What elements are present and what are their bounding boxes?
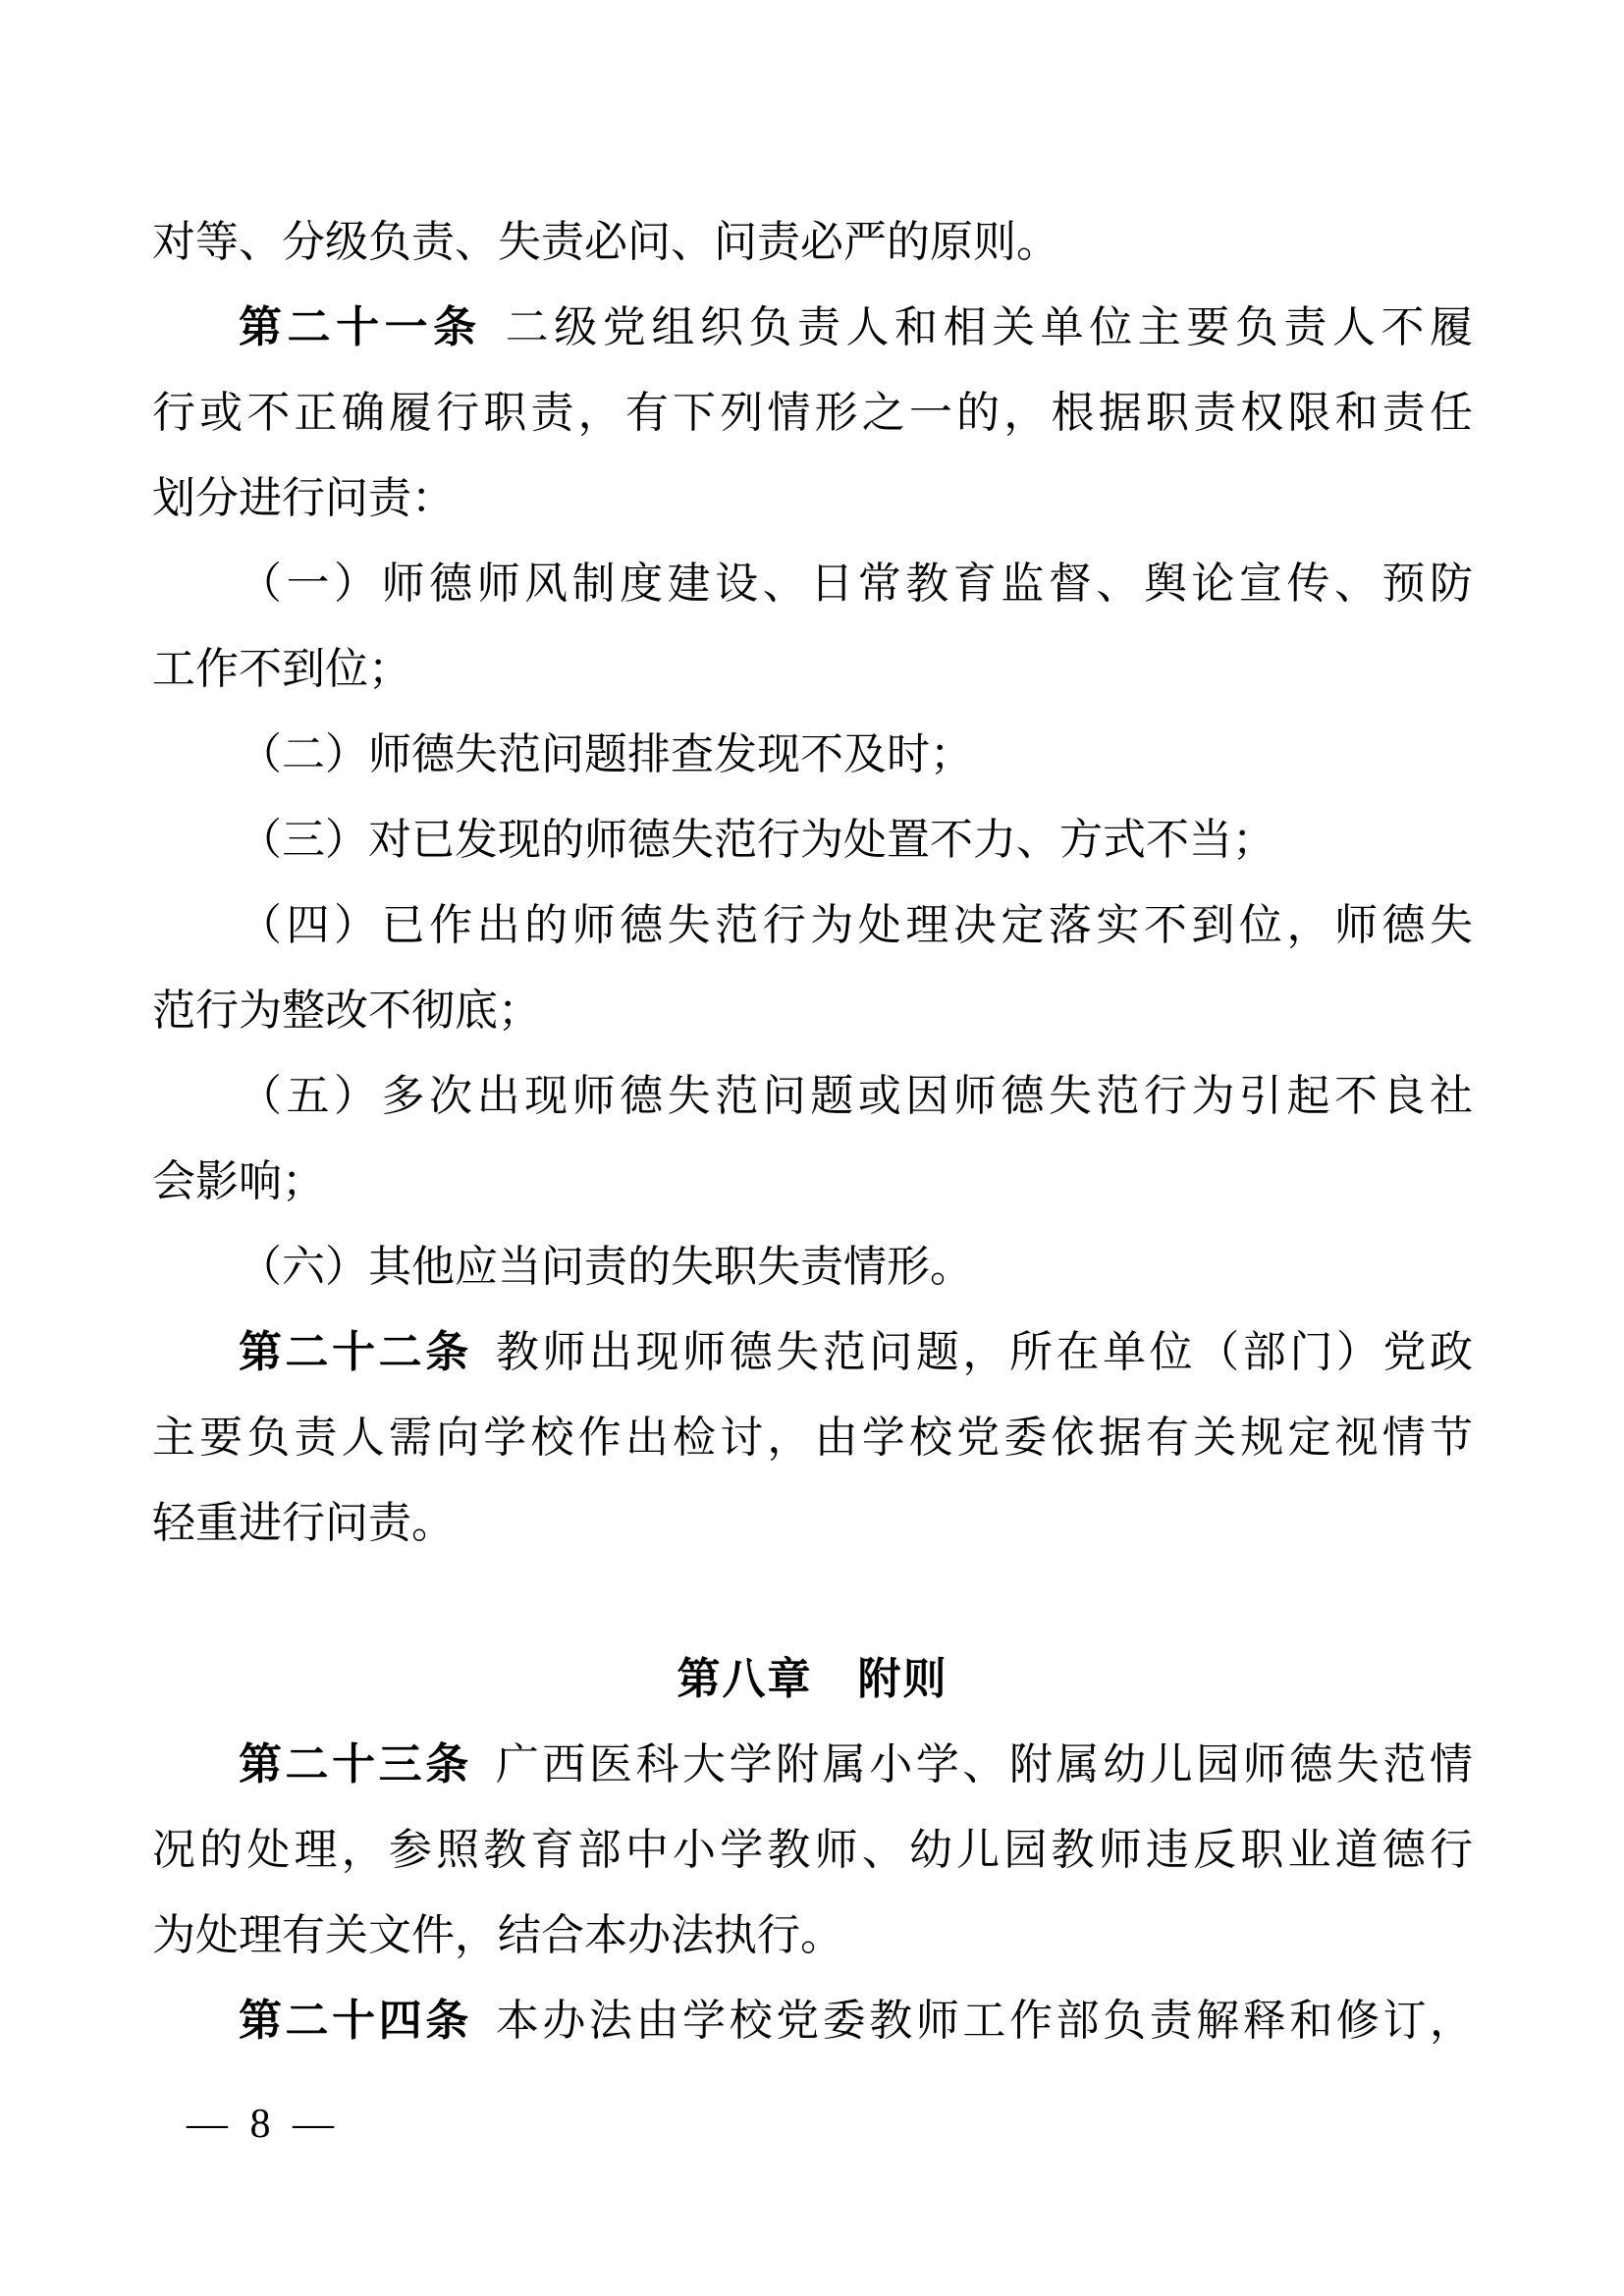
paragraph-line: 会影响； <box>152 1139 1473 1224</box>
paragraph-line: 第二十三条广西医科大学附属小学、附属幼儿园师德失范情 <box>152 1722 1473 1807</box>
paragraph-line: 为处理有关文件，结合本办法执行。 <box>152 1893 1473 1978</box>
paragraph-line: 行或不正确履行职责，有下列情形之一的，根据职责权限和责任 <box>152 370 1473 455</box>
paragraph-line: 轻重进行问责。 <box>152 1480 1473 1566</box>
line-text: 范行为整改不彻底； <box>152 987 541 1035</box>
document-body: 对等、分级负责、失责必问、问责必严的原则。 第二十一条二级党组织负责人和相关单位… <box>152 199 1473 2063</box>
line-text: 工作不到位； <box>152 645 411 693</box>
paragraph-line: 范行为整改不彻底； <box>152 968 1473 1053</box>
article-number: 第二十二条 <box>239 1328 472 1376</box>
list-item-line: （三）对已发现的师德失范行为处置不力、方式不当； <box>152 797 1473 882</box>
line-text: 二级党组织负责人和相关单位主要负责人不履 <box>506 303 1473 351</box>
article-number: 第二十四条 <box>239 1997 472 2045</box>
page-number: — 8 — <box>187 2101 340 2148</box>
line-text: 本办法由学校党委教师工作部负责解释和修订， <box>496 1997 1473 2045</box>
paragraph-line: 况的处理，参照教育部中小学教师、幼儿园教师违反职业道德行 <box>152 1807 1473 1893</box>
article-number: 第二十一条 <box>239 303 482 351</box>
line-text: （四）已作出的师德失范行为处理决定落实不到位，师德失 <box>239 901 1473 949</box>
list-item-line: （一）师德师风制度建设、日常教育监督、舆论宣传、预防 <box>152 541 1473 626</box>
document-page: 对等、分级负责、失责必问、问责必严的原则。 第二十一条二级党组织负责人和相关单位… <box>0 0 1624 2296</box>
paragraph-line: 第二十一条二级党组织负责人和相关单位主要负责人不履 <box>152 285 1473 370</box>
list-item-line: （四）已作出的师德失范行为处理决定落实不到位，师德失 <box>152 882 1473 968</box>
list-item-line: （五）多次出现师德失范问题或因师德失范行为引起不良社 <box>152 1053 1473 1139</box>
line-text: 教师出现师德失范问题，所在单位（部门）党政 <box>496 1328 1473 1376</box>
paragraph-line: 对等、分级负责、失责必问、问责必严的原则。 <box>152 199 1473 285</box>
paragraph-line: 主要负责人需向学校作出检讨，由学校党委依据有关规定视情节 <box>152 1395 1473 1480</box>
line-text: （一）师德师风制度建设、日常教育监督、舆论宣传、预防 <box>239 560 1473 608</box>
list-item-line: （二）师德失范问题排查发现不及时； <box>152 712 1473 797</box>
line-text: （二）师德失范问题排查发现不及时； <box>239 730 973 778</box>
paragraph-line: 划分进行问责： <box>152 455 1473 541</box>
line-text: 主要负责人需向学校作出检讨，由学校党委依据有关规定视情节 <box>152 1414 1473 1462</box>
chapter-heading: 第八章 附则 <box>152 1636 1473 1722</box>
paragraph-line: 工作不到位； <box>152 626 1473 712</box>
line-text: 为处理有关文件，结合本办法执行。 <box>152 1911 843 1959</box>
line-text: 况的处理，参照教育部中小学教师、幼儿园教师违反职业道德行 <box>152 1826 1473 1874</box>
line-text: 行或不正确履行职责，有下列情形之一的，根据职责权限和责任 <box>152 389 1473 437</box>
article-number: 第二十三条 <box>239 1740 472 1789</box>
line-text: （五）多次出现师德失范问题或因师德失范行为引起不良社 <box>239 1072 1473 1120</box>
line-text: 广西医科大学附属小学、附属幼儿园师德失范情 <box>496 1740 1473 1789</box>
line-text: （三）对已发现的师德失范行为处置不力、方式不当； <box>239 816 1275 864</box>
paragraph-line: 第二十四条本办法由学校党委教师工作部负责解释和修订， <box>152 1978 1473 2063</box>
paragraph-line: 第二十二条教师出现师德失范问题，所在单位（部门）党政 <box>152 1309 1473 1395</box>
line-text: 会影响； <box>152 1157 325 1205</box>
line-text: 对等、分级负责、失责必问、问责必严的原则。 <box>152 218 1059 266</box>
line-text: 划分进行问责： <box>152 474 455 522</box>
list-item-line: （六）其他应当问责的失职失责情形。 <box>152 1224 1473 1309</box>
line-text: 轻重进行问责。 <box>152 1499 455 1547</box>
line-text: （六）其他应当问责的失职失责情形。 <box>239 1243 973 1291</box>
